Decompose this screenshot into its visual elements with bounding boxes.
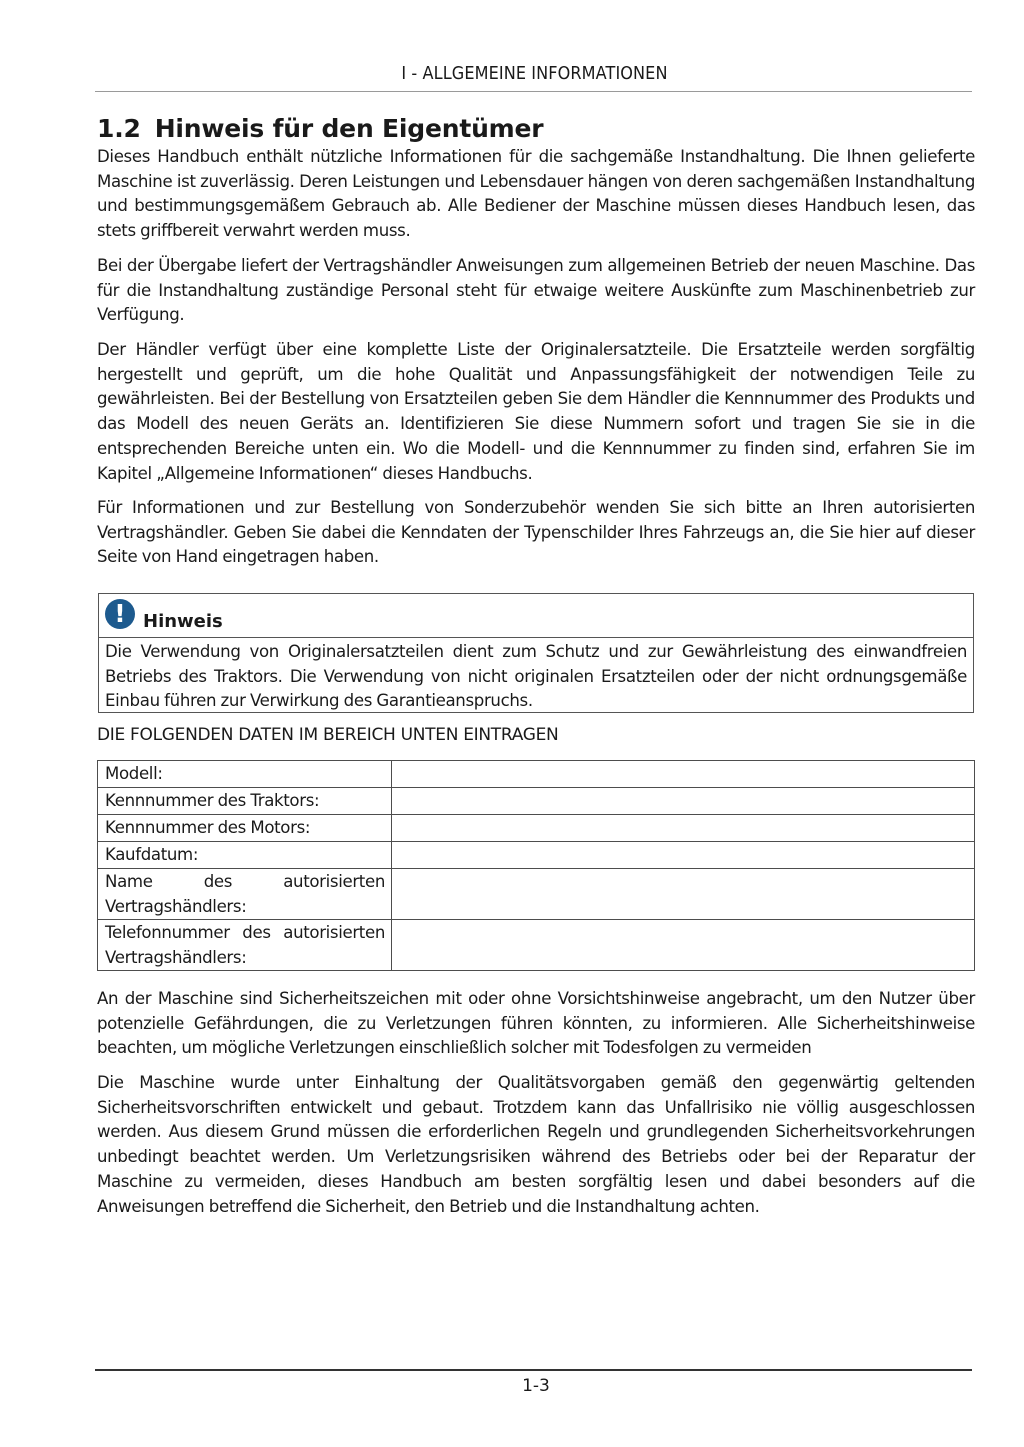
header-rule	[95, 91, 972, 92]
table-row: Telefonnummer des autorisierten Vertrags…	[98, 920, 975, 971]
row-label: Modell:	[98, 761, 392, 788]
row-label: Kennnummer des Traktors:	[98, 788, 392, 815]
section-number: 1.2	[97, 114, 141, 143]
table-row: Kennnummer des Traktors:	[98, 788, 975, 815]
table-row: Kaufdatum:	[98, 842, 975, 869]
row-label: Kennnummer des Motors:	[98, 815, 392, 842]
exclamation-circle-icon: !	[105, 599, 135, 629]
table-row: Modell:	[98, 761, 975, 788]
table-row: Kennnummer des Motors:	[98, 815, 975, 842]
table-row: Name des autorisierten Vertragshändlers:	[98, 869, 975, 920]
paragraph-accessories: Für Informationen und zur Bestellung von…	[97, 496, 975, 570]
row-label: Kaufdatum:	[98, 842, 392, 869]
notice-header: ! Hinweis	[99, 594, 973, 638]
section-heading: Hinweis für den Eigentümer	[155, 114, 544, 143]
row-value-field[interactable]	[392, 788, 975, 815]
paragraph-spare-parts: Der Händler verfügt über eine komplette …	[97, 338, 975, 486]
row-value-field[interactable]	[392, 842, 975, 869]
row-value-field[interactable]	[392, 761, 975, 788]
paragraph-intro: Dieses Handbuch enthält nützliche Inform…	[97, 145, 975, 244]
owner-data-table: Modell: Kennnummer des Traktors: Kennnum…	[97, 760, 975, 971]
row-label: Name des autorisierten Vertragshändlers:	[98, 869, 392, 920]
footer-rule	[95, 1369, 972, 1371]
paragraph-handover: Bei der Übergabe liefert der Vertragshän…	[97, 254, 975, 328]
notice-title: Hinweis	[143, 611, 223, 632]
row-value-field[interactable]	[392, 869, 975, 920]
running-header: I - ALLGEMEINE INFORMATIONEN	[132, 64, 937, 84]
table-caption: DIE FOLGENDEN DATEN IM BEREICH UNTEN EIN…	[97, 725, 558, 745]
row-value-field[interactable]	[392, 815, 975, 842]
section-title: 1.2Hinweis für den Eigentümer	[97, 114, 543, 143]
row-label: Telefonnummer des autorisierten Vertrags…	[98, 920, 392, 971]
paragraph-safety-rules: Die Maschine wurde unter Einhaltung der …	[97, 1071, 975, 1219]
row-value-field[interactable]	[392, 920, 975, 971]
notice-box: ! Hinweis Die Verwendung von Originalers…	[98, 593, 974, 713]
paragraph-safety-signs: An der Maschine sind Sicherheitszeichen …	[97, 987, 975, 1061]
page-number: 1-3	[97, 1376, 975, 1396]
notice-body: Die Verwendung von Originalersatzteilen …	[99, 638, 973, 714]
